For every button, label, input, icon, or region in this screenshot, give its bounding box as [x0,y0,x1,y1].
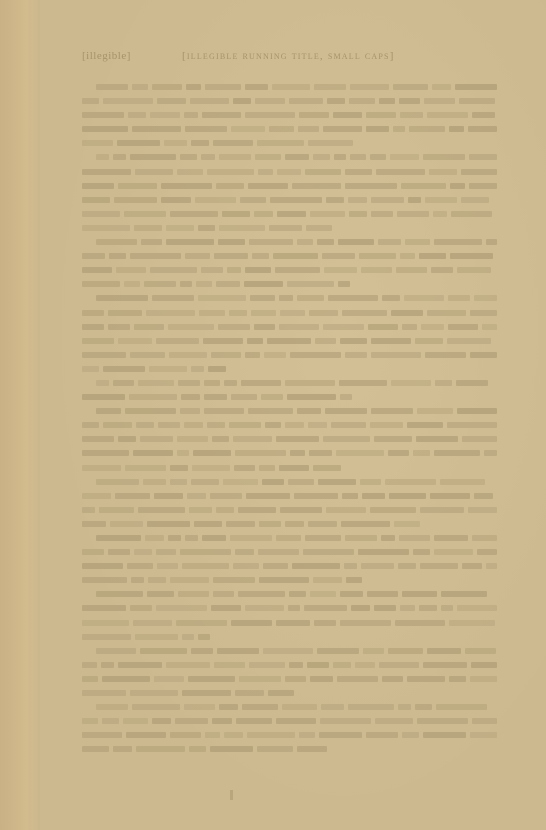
running-head: [illegible] [illegible running title, sm… [82,50,502,66]
paragraph [82,587,497,643]
body-text [82,80,497,757]
paragraph [82,404,497,474]
paragraph [82,644,497,700]
paragraph [82,291,497,376]
paragraph [82,235,497,291]
paragraph [82,150,497,235]
paragraph [82,376,497,404]
printer-mark [230,790,233,800]
paragraph [82,531,497,587]
page-number: [illegible] [82,50,131,62]
paragraph [82,700,497,756]
paragraph [82,80,497,150]
running-title: [illegible running title, small caps] [182,50,395,62]
paragraph [82,475,497,531]
page-gutter [0,0,38,830]
